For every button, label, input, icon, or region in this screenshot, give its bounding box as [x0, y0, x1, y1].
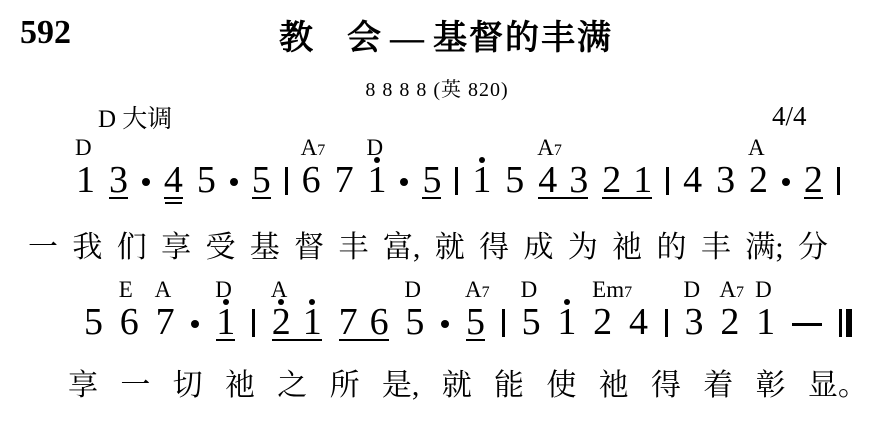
note-group: 5: [197, 166, 216, 199]
note-group: 1: [472, 166, 491, 199]
note-cell: D1: [756, 308, 775, 341]
chord-root: A: [155, 277, 172, 302]
chord-root: E: [119, 277, 133, 302]
chord-extension: 7: [624, 284, 632, 301]
note-digit: 3: [109, 166, 128, 194]
title-subtitle: 基督的丰满: [433, 20, 613, 57]
note-digit: 5: [252, 166, 271, 194]
chord-extension: 7: [736, 284, 744, 301]
sustain-dash: [792, 323, 822, 326]
final-bar-thick-line: [846, 309, 852, 337]
chord-label: Em7: [592, 278, 632, 301]
note-group: 4: [164, 166, 183, 199]
note-cell: 4: [629, 308, 648, 341]
note-cell: D5: [522, 308, 541, 341]
lyric-syllable: 着: [703, 371, 733, 401]
note-digit: 1: [368, 166, 387, 194]
hymn-page: 592 教 会—基督的丰满 8 8 8 8 (英 820) D 大调 4/4 D…: [0, 0, 874, 432]
note-group: 2: [720, 308, 739, 341]
note-digit: 5: [466, 308, 485, 336]
note-digit: 3: [685, 308, 704, 336]
digit-text: 5: [505, 166, 524, 194]
chord-label: A7: [465, 278, 490, 301]
note-digit: 6: [120, 308, 139, 336]
chord-label: A7: [719, 278, 744, 301]
note-group: 1: [216, 308, 235, 341]
note-digit: 1: [303, 308, 322, 336]
title-main: 教 会: [279, 20, 381, 57]
note-group: 7: [335, 166, 354, 199]
digit-text: 2: [593, 308, 612, 336]
note-cell: 5: [252, 166, 271, 199]
final-barline: [839, 309, 852, 337]
digit-text: 1: [633, 166, 652, 194]
note-cell: 2: [804, 166, 823, 199]
digit-text: 4: [683, 166, 702, 194]
note-cell: D5: [405, 308, 424, 341]
digit-text: 6: [302, 166, 321, 194]
digit-text: 1: [216, 308, 235, 336]
note-cell: A743: [538, 166, 588, 199]
augmentation-dot: [191, 320, 199, 328]
digit-text: 3: [109, 166, 128, 194]
note-digit: 7: [335, 166, 354, 194]
chord-root: D: [521, 277, 538, 302]
note-digit: 5: [422, 166, 441, 194]
note-cell: 1: [557, 308, 576, 341]
digit-text: 7: [156, 308, 175, 336]
note-group: 6: [302, 166, 321, 199]
digit-text: 1: [76, 166, 95, 194]
lyric-syllable: 祂: [612, 233, 642, 263]
note-digit: 1: [633, 166, 652, 194]
digit-text: 5: [252, 166, 271, 194]
octave-dot: [374, 157, 380, 163]
note-digit: 1: [76, 166, 95, 194]
music-line-2: 5E6A7D1A2176D5A75D51Em724D3A72D1: [84, 308, 852, 341]
lyric-syllable: 显。: [808, 371, 868, 401]
lyrics-line-1: 一我们享受基督丰富,就得成为祂的丰满;分: [28, 233, 828, 263]
note-cell: 3: [109, 166, 128, 199]
note-group: 5: [422, 166, 441, 199]
lyric-syllable: 切: [173, 371, 203, 401]
time-signature: 4/4: [772, 103, 807, 130]
lyric-syllable: 所: [330, 371, 360, 401]
digit-text: 5: [84, 308, 103, 336]
chord-root: D: [755, 277, 772, 302]
digit-text: 5: [405, 308, 424, 336]
chord-label: A: [155, 278, 172, 301]
final-bar-thin-line: [839, 309, 842, 337]
lyric-syllable: 我: [72, 233, 102, 263]
key-signature: D 大调: [98, 107, 172, 132]
lyric-syllable: 丰: [701, 233, 731, 263]
lyric-syllable: 能: [494, 371, 524, 401]
lyric-syllable: 的: [657, 233, 687, 263]
note-group: 2: [593, 308, 612, 341]
note-digit: 4: [629, 308, 648, 336]
note-digit: 4: [538, 166, 557, 194]
note-digit: 2: [720, 308, 739, 336]
barline: [502, 309, 505, 337]
lyric-syllable: 富,: [383, 233, 421, 263]
lyric-syllable: 得: [651, 371, 681, 401]
barline: [837, 167, 840, 195]
chord-root: A: [301, 135, 318, 160]
note-cell: A75: [466, 308, 485, 341]
note-digit: 2: [272, 308, 291, 336]
chord-label: D: [75, 136, 92, 159]
title-row: 教 会—基督的丰满: [0, 20, 874, 57]
lyric-syllable: 就: [442, 371, 472, 401]
note-group: 7: [156, 308, 175, 341]
note-cell: 5: [197, 166, 216, 199]
note-digit: 5: [197, 166, 216, 194]
note-group: 4: [683, 166, 702, 199]
note-digit: 4: [683, 166, 702, 194]
note-cell: D1: [368, 166, 387, 199]
note-cell: 7: [335, 166, 354, 199]
note-group: 1: [76, 166, 95, 199]
note-cell: D3: [685, 308, 704, 341]
note-group: 4: [629, 308, 648, 341]
chord-label: D: [215, 278, 232, 301]
lyric-syllable: 受: [205, 233, 235, 263]
note-digit: 6: [302, 166, 321, 194]
chord-extension: 7: [317, 142, 325, 159]
note-cell: 3: [716, 166, 735, 199]
lyric-syllable: 成: [523, 233, 553, 263]
digit-text: 2: [272, 308, 291, 336]
chord-label: E: [119, 278, 133, 301]
note-digit: 2: [749, 166, 768, 194]
digit-text: 3: [685, 308, 704, 336]
digit-text: 7: [339, 308, 358, 336]
note-digit: 3: [716, 166, 735, 194]
note-digit: 4: [164, 166, 183, 194]
octave-dot: [278, 299, 284, 305]
note-cell: A2: [749, 166, 768, 199]
lyric-syllable: 督: [294, 233, 324, 263]
note-group: 5: [522, 308, 541, 341]
meter-line: 8 8 8 8 (英 820): [0, 80, 874, 100]
chord-extension: 7: [554, 142, 562, 159]
note-cell: A72: [720, 308, 739, 341]
octave-dot: [223, 299, 229, 305]
barline: [455, 167, 458, 195]
chord-label: D: [755, 278, 772, 301]
chord-root: A: [748, 135, 765, 160]
note-cell: 4: [683, 166, 702, 199]
note-digit: 7: [339, 308, 358, 336]
note-group: 21: [272, 308, 322, 341]
note-digit: 1: [216, 308, 235, 336]
note-digit: 1: [756, 308, 775, 336]
note-group: 5: [405, 308, 424, 341]
lyric-syllable: 为: [568, 233, 598, 263]
note-group: 43: [538, 166, 588, 199]
digit-text: 6: [370, 308, 389, 336]
note-cell: A76: [302, 166, 321, 199]
note-cell: 5: [422, 166, 441, 199]
barline: [285, 167, 288, 195]
augmentation-dot: [230, 178, 238, 186]
octave-dot: [564, 299, 570, 305]
digit-text: 1: [756, 308, 775, 336]
lyric-syllable: 是,: [382, 371, 420, 401]
digit-text: 1: [472, 166, 491, 194]
music-line-1: D13455A767D1515A7432143A22: [76, 166, 840, 199]
augmentation-dot: [400, 178, 408, 186]
note-cell: D1: [216, 308, 235, 341]
note-digit: 2: [602, 166, 621, 194]
digit-text: 4: [629, 308, 648, 336]
chord-label: A: [748, 136, 765, 159]
chord-label: D: [521, 278, 538, 301]
lyric-syllable: 丰: [339, 233, 369, 263]
chord-root: A: [537, 135, 554, 160]
digit-text: 2: [804, 166, 823, 194]
title-dash: —: [390, 20, 424, 57]
note-group: 5: [84, 308, 103, 341]
note-digit: 5: [84, 308, 103, 336]
lyric-syllable: 祂: [599, 371, 629, 401]
digit-text: 5: [466, 308, 485, 336]
note-cell: 76: [339, 308, 389, 341]
note-group: 2: [749, 166, 768, 199]
barline: [665, 309, 668, 337]
note-cell: A21: [272, 308, 322, 341]
digit-text: 3: [569, 166, 588, 194]
barline: [252, 309, 255, 337]
note-group: 5: [466, 308, 485, 341]
note-digit: 5: [522, 308, 541, 336]
note-group: 2: [804, 166, 823, 199]
digit-text: 1: [557, 308, 576, 336]
digit-text: 3: [716, 166, 735, 194]
chord-label: D: [684, 278, 701, 301]
note-group: 6: [120, 308, 139, 341]
lyric-syllable: 就: [435, 233, 465, 263]
note-group: 5: [252, 166, 271, 199]
digit-text: 5: [522, 308, 541, 336]
chord-label: A7: [301, 136, 326, 159]
digit-text: 5: [422, 166, 441, 194]
digit-text: 1: [368, 166, 387, 194]
lyric-syllable: 分: [798, 233, 828, 263]
augmentation-dot: [782, 178, 790, 186]
chord-root: Em: [592, 277, 624, 302]
lyric-syllable: 使: [546, 371, 576, 401]
lyric-syllable: 彰: [756, 371, 786, 401]
note-cell: A7: [156, 308, 175, 341]
note-group: 1: [557, 308, 576, 341]
note-digit: 5: [505, 166, 524, 194]
note-digit: 6: [370, 308, 389, 336]
note-group: 5: [505, 166, 524, 199]
note-group: 3: [109, 166, 128, 199]
digit-text: 5: [197, 166, 216, 194]
augmentation-dot: [142, 178, 150, 186]
digit-text: 7: [335, 166, 354, 194]
note-digit: 5: [405, 308, 424, 336]
note-digit: 7: [156, 308, 175, 336]
lyric-syllable: 们: [117, 233, 147, 263]
chord-root: D: [75, 135, 92, 160]
note-group: 1: [756, 308, 775, 341]
digit-text: 2: [720, 308, 739, 336]
lyric-syllable: 之: [277, 371, 307, 401]
chord-label: A: [271, 278, 288, 301]
note-cell: 4: [164, 166, 183, 199]
note-group: 3: [716, 166, 735, 199]
note-cell: 1: [472, 166, 491, 199]
octave-dot: [479, 157, 485, 163]
chord-label: A7: [537, 136, 562, 159]
chord-extension: 7: [482, 284, 490, 301]
chord-root: A: [465, 277, 482, 302]
note-cell: 5: [84, 308, 103, 341]
digit-text: 4: [164, 166, 183, 194]
note-group: 21: [602, 166, 652, 199]
lyrics-line-2: 享一切祂之所是,就能使祂得着彰显。: [68, 371, 868, 401]
augmentation-dot: [441, 320, 449, 328]
barline: [666, 167, 669, 195]
chord-label: D: [404, 278, 421, 301]
digit-text: 2: [749, 166, 768, 194]
note-digit: 2: [593, 308, 612, 336]
chord-root: D: [404, 277, 421, 302]
digit-text: 6: [120, 308, 139, 336]
note-cell: D1: [76, 166, 95, 199]
lyric-syllable: 满;: [745, 233, 783, 263]
lyric-syllable: 得: [479, 233, 509, 263]
lyric-syllable: 一: [28, 233, 58, 263]
note-group: 3: [685, 308, 704, 341]
note-cell: E6: [120, 308, 139, 341]
note-digit: 1: [472, 166, 491, 194]
note-digit: 2: [804, 166, 823, 194]
lyric-syllable: 享: [161, 233, 191, 263]
octave-dot: [309, 299, 315, 305]
note-group: 1: [368, 166, 387, 199]
chord-label: D: [367, 136, 384, 159]
lyric-syllable: 基: [250, 233, 280, 263]
note-cell: 21: [602, 166, 652, 199]
note-cell: Em72: [593, 308, 612, 341]
digit-text: 1: [303, 308, 322, 336]
note-cell: 5: [505, 166, 524, 199]
lyric-syllable: 一: [120, 371, 150, 401]
chord-root: A: [719, 277, 736, 302]
chord-root: D: [684, 277, 701, 302]
note-digit: 1: [557, 308, 576, 336]
lyric-syllable: 祂: [225, 371, 255, 401]
digit-text: 4: [538, 166, 557, 194]
digit-text: 2: [602, 166, 621, 194]
lyric-syllable: 享: [68, 371, 98, 401]
note-group: 76: [339, 308, 389, 341]
note-digit: 3: [569, 166, 588, 194]
